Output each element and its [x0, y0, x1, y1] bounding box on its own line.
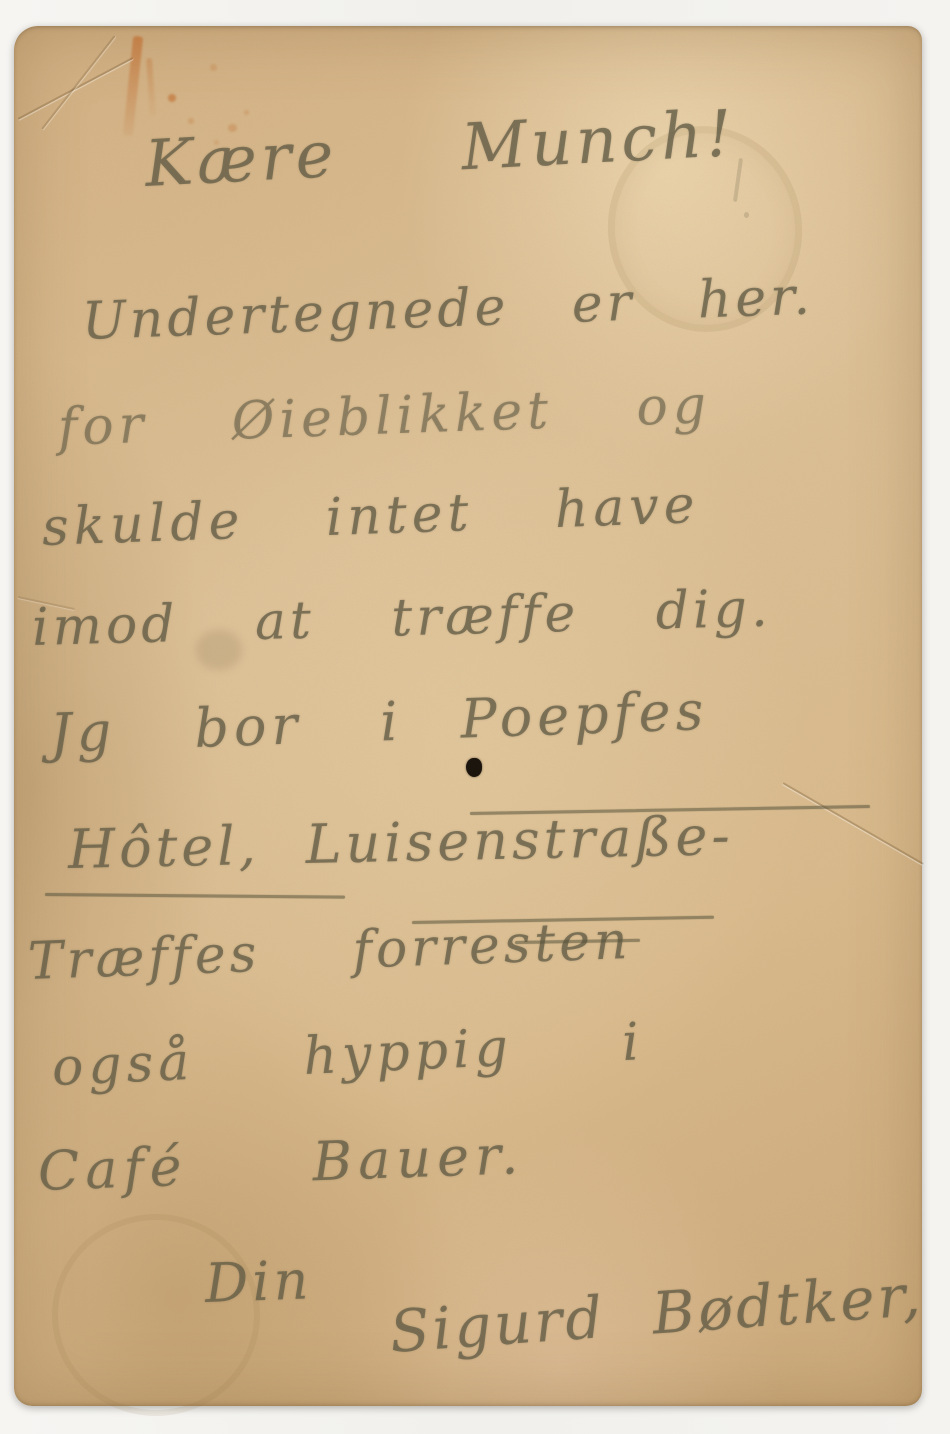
rust-spot	[188, 118, 194, 124]
handwritten-text-underlined: Luisenstraße-	[305, 804, 734, 876]
handwritten-text: Jg bor i	[49, 690, 404, 765]
handwritten-text: Din	[204, 1248, 313, 1315]
handwritten-text-underlined: Poepfes	[459, 679, 709, 751]
rust-spot	[244, 110, 249, 115]
ink-blot	[466, 758, 482, 777]
handwritten-text-underlined: Hôtel,	[67, 814, 260, 881]
closing-line: Din	[204, 1248, 313, 1315]
rust-spot	[168, 94, 176, 102]
scan-background: Kære Munch! Undertegnede er her. for Øie…	[0, 0, 950, 1434]
ghost-dot	[744, 212, 749, 218]
rust-spot	[210, 64, 217, 71]
